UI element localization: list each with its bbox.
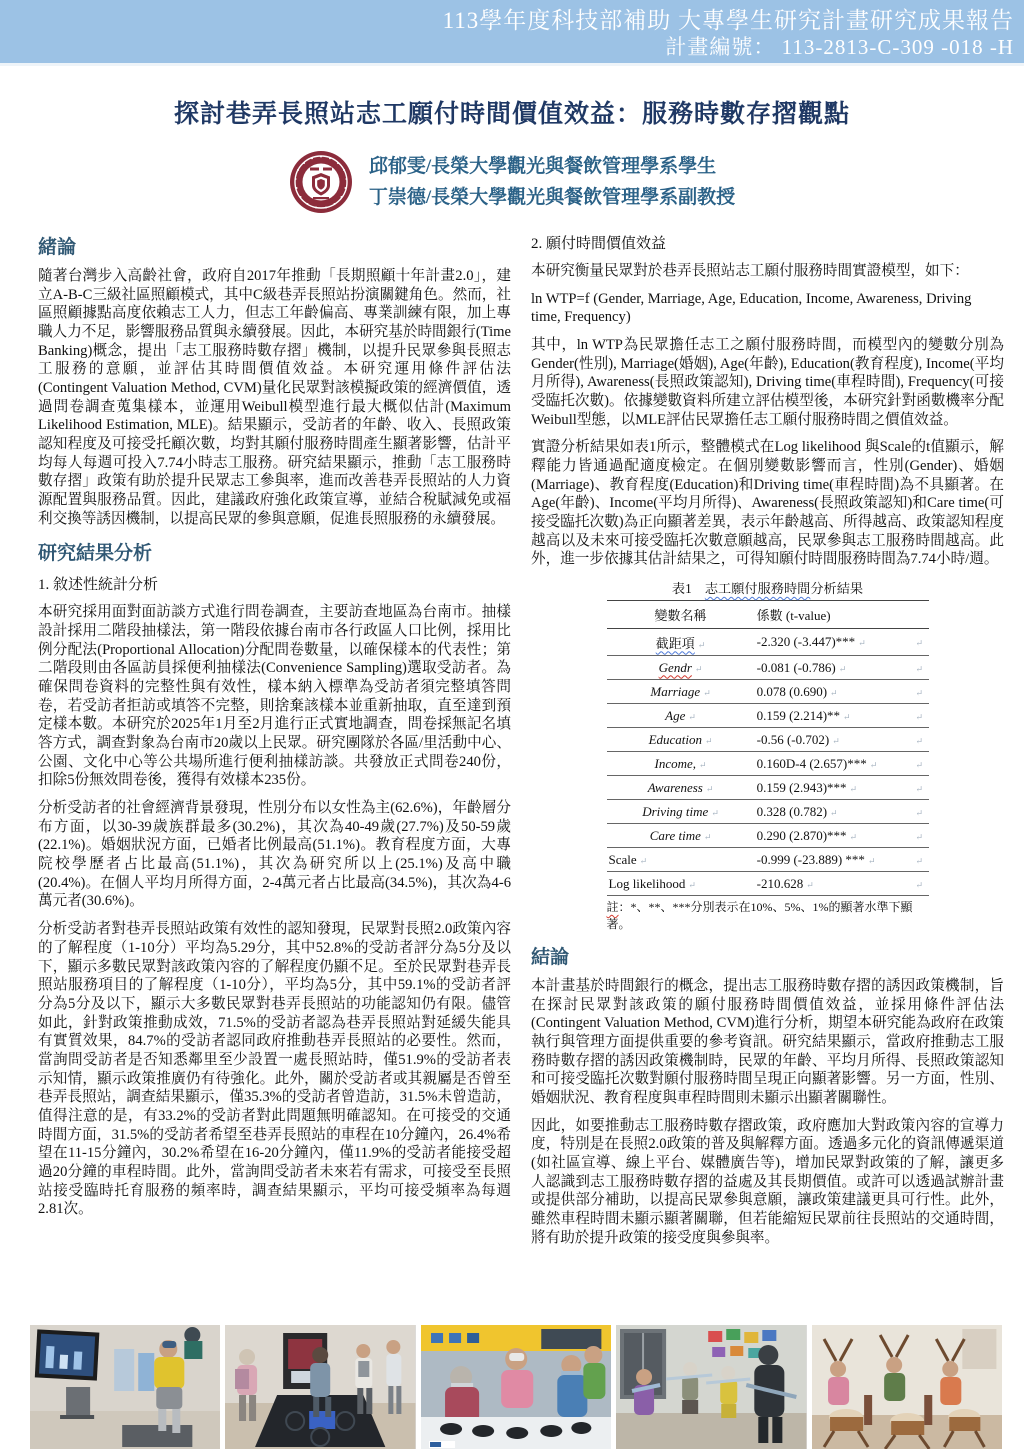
results-paragraph-demographics: 分析受訪者的社會經濟背景發現，性別分布以女性為主(62.6%)，年齡層分布方面，… <box>38 799 511 911</box>
wtp-results-table: 變數名稱 係數 (t-value) 截距項↵-2.320 (-3.447)***… <box>607 600 929 896</box>
table-cell-variable: Awareness↵ <box>607 776 755 800</box>
author-lines: 邱郁雯/長榮大學觀光與餐飲管理學系學生 丁崇德/長榮大學觀光與餐飲管理學系副教授 <box>369 151 735 213</box>
table-cell-end-mark: ↵ <box>911 824 929 848</box>
table-header-coefficient: 係數 (t-value) <box>755 601 911 629</box>
table-cell-variable: Income,↵ <box>607 752 755 776</box>
section-heading-results: 研究結果分析 <box>38 538 511 565</box>
body-columns: 緒論 隨著台灣步入高齡社會，政府自2017年推動「長期照顧十年計畫2.0」，建立… <box>0 214 1024 1256</box>
report-header-line1: 113學年度科技部補助 大專學生研究計畫研究成果報告 <box>0 7 1014 34</box>
photo-seated-stretching-class <box>616 1325 806 1449</box>
table-note-label: 註 <box>607 900 619 914</box>
table-cell-coefficient: -0.56 (-0.702)↵ <box>755 728 911 752</box>
table-header-variable: 變數名稱 <box>607 601 755 629</box>
table-row: Gendr↵-0.081 (-0.786)↵↵ <box>607 656 929 680</box>
wtp-intro-paragraph: 本研究衡量民眾對於巷弄長照站志工願付服務時間實證模型，如下： <box>531 262 1004 281</box>
table-cell-coefficient: 0.078 (0.690)↵ <box>755 680 911 704</box>
page-title: 探討巷弄長照站志工願付時間價值效益：服務時數存摺觀點 <box>0 94 1024 130</box>
table-row: Driving time↵0.328 (0.782)↵↵ <box>607 800 929 824</box>
results-paragraph-awareness: 分析受訪者對巷弄長照站政策有效性的認知發現，民眾對長照2.0政策內容的了解程度（… <box>38 920 511 1219</box>
table-cell-coefficient: 0.159 (2.214)**↵ <box>755 704 911 728</box>
table-cell-end-mark: ↵ <box>911 728 929 752</box>
table-caption-rest: 分析結果 <box>810 581 863 596</box>
table-caption-prefix: 表1 <box>672 581 705 596</box>
conclusion-paragraph-1: 本計畫基於時間銀行的概念，提出志工服務時數存摺的誘因政策機制，旨在探討民眾對該政… <box>531 977 1004 1108</box>
section-heading-conclusion: 結論 <box>531 942 1004 969</box>
table-cell-coefficient: 0.159 (2.943)***↵ <box>755 776 911 800</box>
table-cell-variable: Marriage↵ <box>607 680 755 704</box>
table-cell-variable: 截距項↵ <box>607 629 755 656</box>
table-note: 註：*、**、***分別表示在10%、5%、1%的顯著水準下顯著。 <box>607 898 929 932</box>
table-cell-variable: Gendr↵ <box>607 656 755 680</box>
results-paragraph-sampling: 本研究採用面對面訪談方式進行問卷調查，主要訪查地區為台南市。抽樣設計採用二階段抽… <box>38 603 511 790</box>
table-row: 截距項↵-2.320 (-3.447)***↵↵ <box>607 629 929 656</box>
table-cell-variable: Scale↵ <box>607 848 755 872</box>
table-row: Log likelihood↵-210.628↵↵ <box>607 872 929 896</box>
left-column: 緒論 隨著台灣步入高齡社會，政府自2017年推動「長期照顧十年計畫2.0」，建立… <box>38 232 511 1256</box>
table-row: Age↵0.159 (2.214)**↵↵ <box>607 704 929 728</box>
university-seal-logo <box>289 150 353 214</box>
photo-floor-mat-exercise <box>225 1325 415 1449</box>
table-cell-variable: Age↵ <box>607 704 755 728</box>
table-cell-coefficient: -2.320 (-3.447)***↵ <box>755 629 911 656</box>
table-cell-coefficient: 0.290 (2.870)***↵ <box>755 824 911 848</box>
table-cell-coefficient: -0.999 (-23.889) ***↵ <box>755 848 911 872</box>
table-row: Education↵-0.56 (-0.702)↵↵ <box>607 728 929 752</box>
results-table-body: 截距項↵-2.320 (-3.447)***↵↵Gendr↵-0.081 (-0… <box>607 629 929 896</box>
table-cell-coefficient: -0.081 (-0.786)↵ <box>755 656 911 680</box>
table-cell-end-mark: ↵ <box>911 848 929 872</box>
conclusion-paragraph-2: 因此，如要推動志工服務時數存摺政策，政府應加大對政策內容的宣導力度，特別是在長照… <box>531 1117 1004 1248</box>
table-cell-end-mark: ↵ <box>911 872 929 896</box>
author-block: 邱郁雯/長榮大學觀光與餐飲管理學系學生 丁崇德/長榮大學觀光與餐飲管理學系副教授 <box>0 150 1024 214</box>
table-cell-variable: Education↵ <box>607 728 755 752</box>
subsection-wtp-value: 2. 願付時間價值效益 <box>531 232 1004 253</box>
results-table-block: 表1 志工願付服務時間分析結果 變數名稱 係數 (t-value) 截距項↵-2… <box>607 578 929 932</box>
section-heading-introduction: 緒論 <box>38 232 511 259</box>
wtp-model-formula: ln WTP=f (Gender, Marriage, Age, Educati… <box>531 290 1004 327</box>
wtp-model-paragraph: 其中，ln WTP為民眾擔任志工之願付服務時間，而模型內的變數分別為Gender… <box>531 336 1004 429</box>
table-row: Care time↵0.290 (2.870)***↵↵ <box>607 824 929 848</box>
table-row: Awareness↵0.159 (2.943)***↵↵ <box>607 776 929 800</box>
table-caption-wavy: 志工願付服務時間 <box>705 581 811 596</box>
table-caption: 表1 志工願付服務時間分析結果 <box>607 578 929 597</box>
table-row: Marriage↵0.078 (0.690)↵↵ <box>607 680 929 704</box>
table-cell-end-mark: ↵ <box>911 752 929 776</box>
table-cell-variable: Driving time↵ <box>607 800 755 824</box>
research-poster-page: { "header": { "bg": "#9cc2e5", "line1": … <box>0 0 1024 1449</box>
author-line-advisor: 丁崇德/長榮大學觀光與餐飲管理學系副教授 <box>369 182 735 213</box>
right-column: 2. 願付時間價值效益 本研究衡量民眾對於巷弄長照站志工願付服務時間實證模型，如… <box>531 232 1004 1256</box>
table-cell-end-mark: ↵ <box>911 656 929 680</box>
table-cell-variable: Care time↵ <box>607 824 755 848</box>
table-note-text: ：*、**、***分別表示在10%、5%、1%的顯著水準下顯著。 <box>607 900 913 931</box>
photo-drum-exercise-class <box>812 1325 1002 1449</box>
subsection-descriptive-statistics: 1. 敘述性統計分析 <box>38 573 511 594</box>
table-cell-end-mark: ↵ <box>911 800 929 824</box>
photo-strip <box>0 1318 1024 1449</box>
table-cell-coefficient: 0.328 (0.782)↵ <box>755 800 911 824</box>
table-cell-end-mark: ↵ <box>911 629 929 656</box>
wtp-results-paragraph: 實證分析結果如表1所示，整體模式在Log likelihood 與Scale的t… <box>531 438 1004 569</box>
photo-stepping-game-tv <box>30 1325 220 1449</box>
table-cell-end-mark: ↵ <box>911 776 929 800</box>
table-cell-coefficient: 0.160D-4 (2.657)***↵ <box>755 752 911 776</box>
table-row: Income,↵0.160D-4 (2.657)***↵↵ <box>607 752 929 776</box>
table-header-row: 變數名稱 係數 (t-value) <box>607 601 929 629</box>
table-header-spacer <box>911 601 929 629</box>
introduction-paragraph: 隨著台灣步入高齡社會，政府自2017年推動「長期照顧十年計畫2.0」，建立A-B… <box>38 267 511 528</box>
author-line-student: 邱郁雯/長榮大學觀光與餐飲管理學系學生 <box>369 151 735 182</box>
table-cell-end-mark: ↵ <box>911 680 929 704</box>
report-header-banner: 113學年度科技部補助 大專學生研究計畫研究成果報告 計畫編號： 113-281… <box>0 0 1024 66</box>
photo-button-press-activity <box>421 1325 611 1449</box>
table-cell-variable: Log likelihood↵ <box>607 872 755 896</box>
project-number: 計畫編號： 113-2813-C-309 -018 -H <box>0 34 1014 61</box>
table-cell-end-mark: ↵ <box>911 704 929 728</box>
table-row: Scale↵-0.999 (-23.889) ***↵↵ <box>607 848 929 872</box>
table-cell-coefficient: -210.628↵ <box>755 872 911 896</box>
